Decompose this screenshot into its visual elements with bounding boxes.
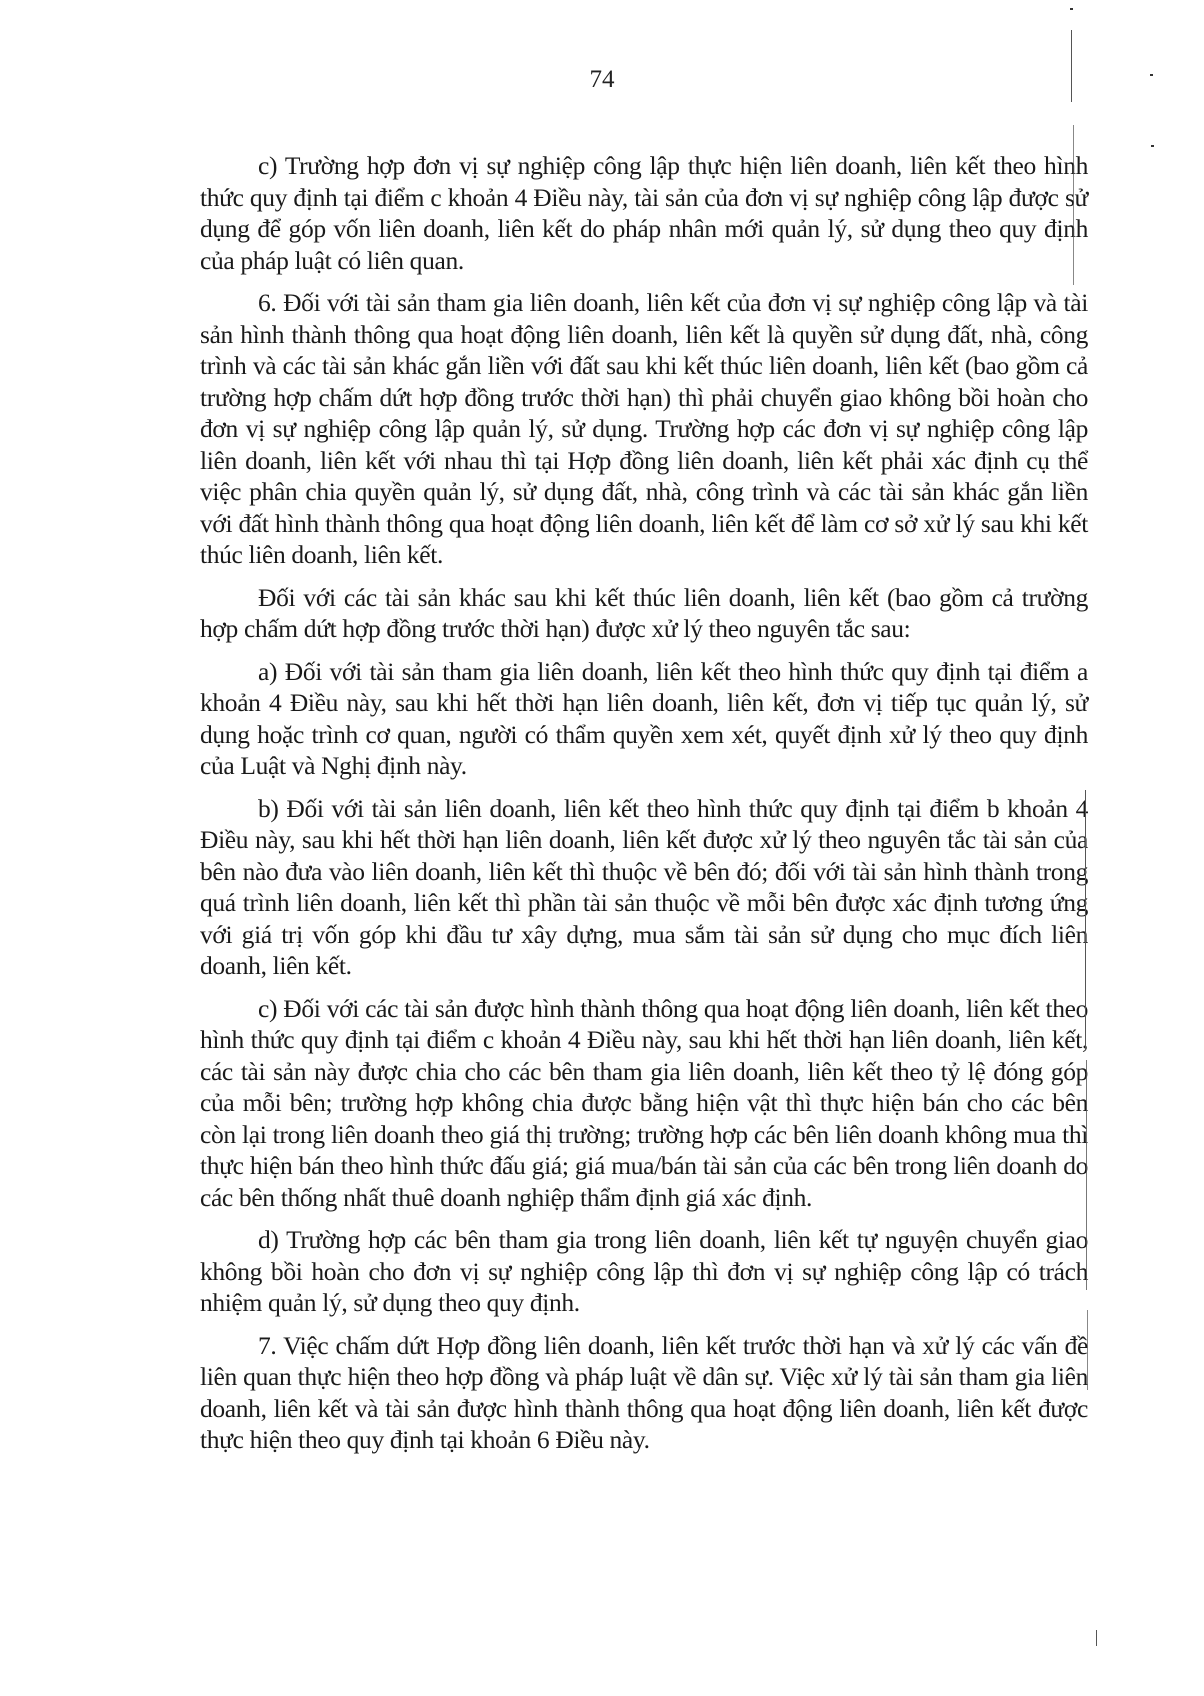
page-number: 74 [0, 66, 1204, 94]
scan-artifact-dot [1150, 74, 1153, 76]
paragraph-6b: b) Đối với tài sản liên doanh, liên kết … [200, 793, 1088, 982]
paragraph-7: 7. Việc chấm dứt Hợp đồng liên doanh, li… [200, 1330, 1088, 1456]
scan-artifact-line [1073, 125, 1074, 285]
scan-artifact-line [1085, 790, 1086, 1050]
scan-artifact-dot [1070, 8, 1073, 10]
paragraph-6: 6. Đối với tài sản tham gia liên doanh, … [200, 287, 1088, 571]
scanned-page: 74 c) Trường hợp đơn vị sự nghiệp công l… [0, 0, 1204, 1696]
scan-artifact-dot [1151, 145, 1154, 147]
document-body: c) Trường hợp đơn vị sự nghiệp công lập … [200, 150, 1088, 1467]
paragraph-5c: c) Trường hợp đơn vị sự nghiệp công lập … [200, 150, 1088, 276]
paragraph-6c: c) Đối với các tài sản được hình thành t… [200, 993, 1088, 1214]
scan-artifact-line [1071, 30, 1072, 102]
paragraph-6-other-assets: Đối với các tài sản khác sau khi kết thú… [200, 582, 1088, 645]
scan-artifact-line [1096, 1630, 1097, 1646]
scan-artifact-line [1087, 1310, 1088, 1390]
paragraph-6a: a) Đối với tài sản tham gia liên doanh, … [200, 656, 1088, 782]
paragraph-6d: d) Trường hợp các bên tham gia trong liê… [200, 1224, 1088, 1319]
scan-artifact-line [1086, 1060, 1087, 1290]
